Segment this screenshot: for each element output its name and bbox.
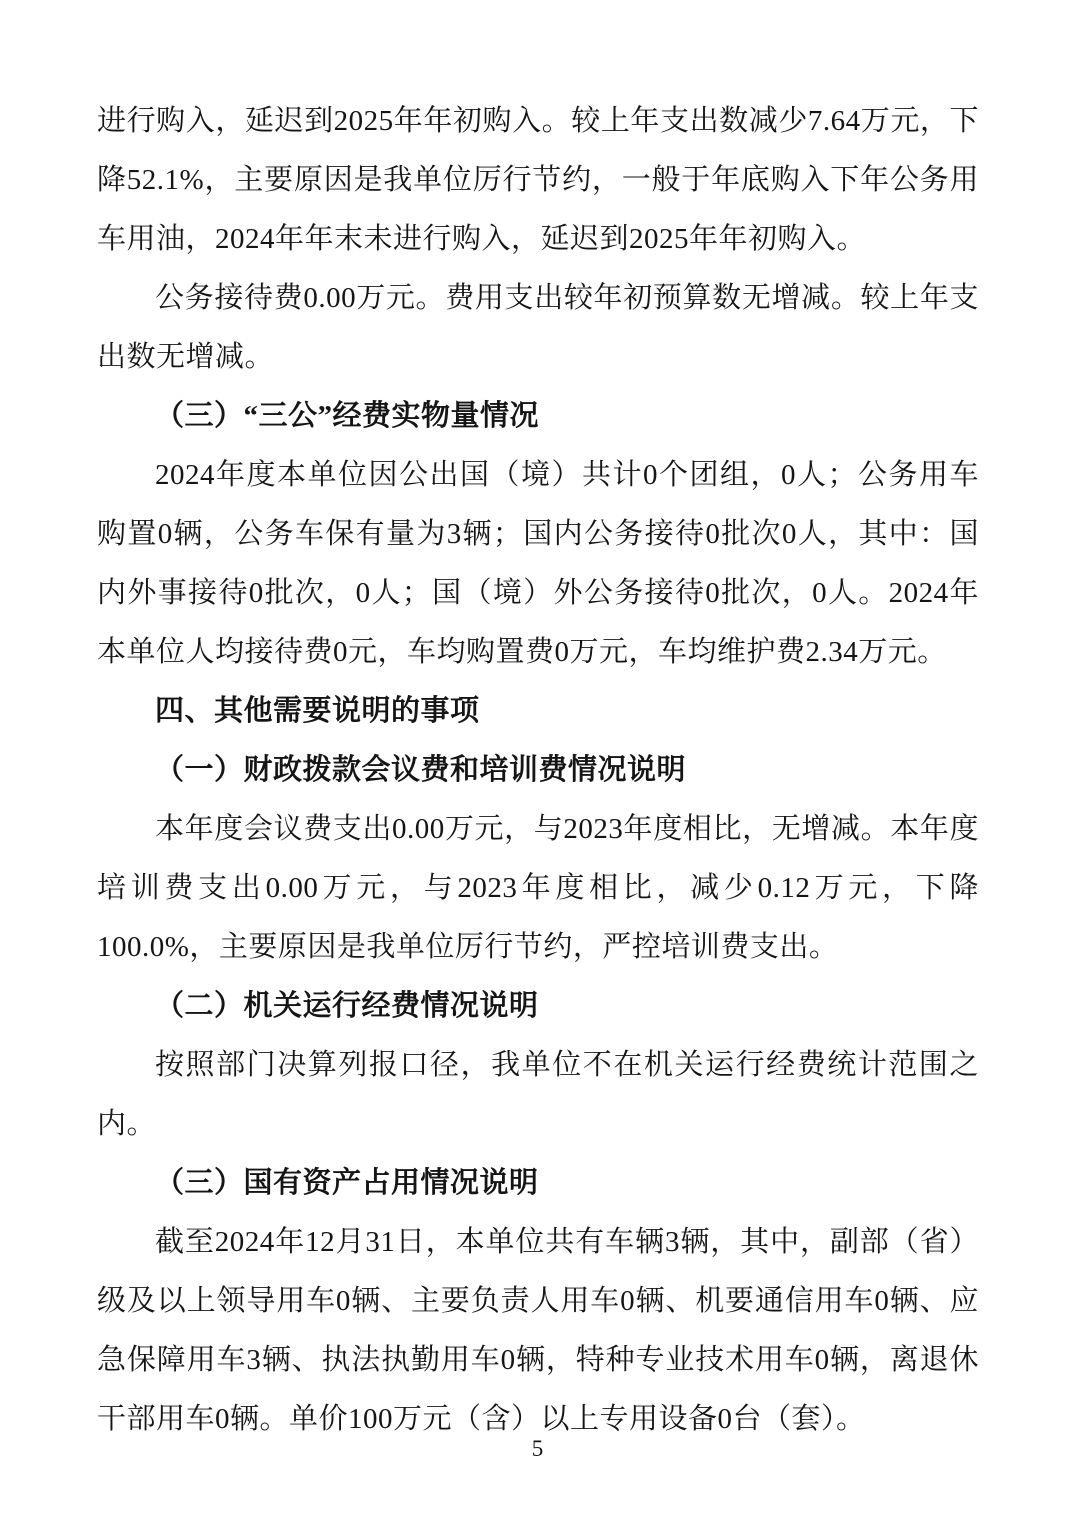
paragraph: 本年度会议费支出0.00万元，与2023年度相比，无增减。本年度培训费支出0.0…	[97, 800, 979, 977]
document-content: 进行购入，延迟到2025年年初购入。较上年支出数减少7.64万元，下降52.1%…	[97, 92, 979, 1449]
section-heading-state-assets: （三）国有资产占用情况说明	[97, 1154, 979, 1213]
paragraph: 按照部门决算列报口径，我单位不在机关运行经费统计范围之内。	[97, 1036, 979, 1154]
paragraph: 2024年度本单位因公出国（境）共计0个团组，0人；公务用车购置0辆，公务车保有…	[97, 446, 979, 682]
paragraph: 公务接待费0.00万元。费用支出较年初预算数无增减。较上年支出数无增减。	[97, 269, 979, 387]
chapter-heading-other-matters: 四、其他需要说明的事项	[97, 682, 979, 741]
page-number: 5	[0, 1434, 1075, 1464]
section-heading-meeting-training-fees: （一）财政拨款会议费和培训费情况说明	[97, 741, 979, 800]
document-page: 进行购入，延迟到2025年年初购入。较上年支出数减少7.64万元，下降52.1%…	[0, 0, 1075, 1520]
paragraph: 截至2024年12月31日，本单位共有车辆3辆，其中，副部（省）级及以上领导用车…	[97, 1213, 979, 1449]
section-heading-three-public-funds: （三）“三公”经费实物量情况	[97, 387, 979, 446]
section-heading-operating-expenses: （二）机关运行经费情况说明	[97, 977, 979, 1036]
paragraph-continuation: 进行购入，延迟到2025年年初购入。较上年支出数减少7.64万元，下降52.1%…	[97, 92, 979, 269]
